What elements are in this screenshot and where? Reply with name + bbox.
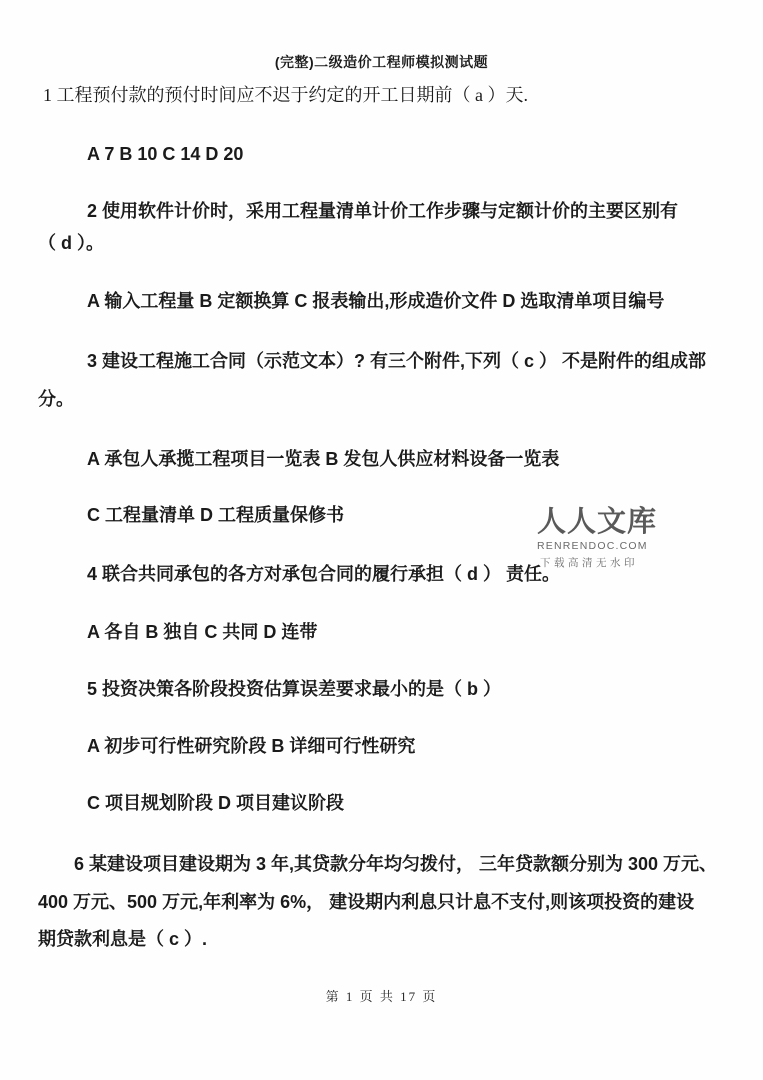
question-5-options-cd: C 项目规划阶段 D 项目建议阶段 xyxy=(87,793,344,814)
question-3-options-ab: A 承包人承揽工程项目一览表 B 发包人供应材料设备一览表 xyxy=(87,449,559,470)
question-2-stem-line-2: （ d ）。 xyxy=(38,233,104,254)
question-5-stem: 5 投资决策各阶段投资估算误差要求最小的是（ b ） xyxy=(87,679,501,700)
question-2-options: A 输入工程量 B 定额换算 C 报表输出,形成造价文件 D 选取清单项目编号 xyxy=(87,291,664,312)
watermark: 人人文库 RENRENDOC.COM 下载高清无水印 xyxy=(537,508,641,570)
question-6-stem-line-1: 6 某建设项目建设期为 3 年,其贷款分年均匀拨付， 三年贷款额分别为 300 … xyxy=(74,854,717,875)
question-3-stem-line-2: 分。 xyxy=(38,389,74,410)
question-1-options: A 7 B 10 C 14 D 20 xyxy=(87,144,243,165)
question-3-options-cd: C 工程量清单 D 工程质量保修书 xyxy=(87,505,344,526)
document-title: (完整)二级造价工程师模拟测试题 xyxy=(0,52,763,72)
question-5-options-ab: A 初步可行性研究阶段 B 详细可行性研究 xyxy=(87,736,415,757)
page-number: 第 1 页 共 17 页 xyxy=(0,986,763,1005)
watermark-domain-text: RENRENDOC.COM xyxy=(537,540,641,552)
watermark-brand-text: 人人文库 xyxy=(537,508,641,537)
question-4-options: A 各自 B 独自 C 共同 D 连带 xyxy=(87,622,317,643)
question-1-stem: 1 工程预付款的预付时间应不迟于约定的开工日期前（ a ）天. xyxy=(43,85,528,106)
question-6-stem-line-2: 400 万元、500 万元,年利率为 6%， 建设期内利息只计息不支付,则该项投… xyxy=(38,892,694,913)
question-6-stem-line-3: 期贷款利息是（ c ）. xyxy=(38,929,207,950)
question-4-stem: 4 联合共同承包的各方对承包合同的履行承担（ d ） 责任。 xyxy=(87,564,560,585)
question-3-stem-line-1: 3 建设工程施工合同（示范文本）? 有三个附件,下列（ c ） 不是附件的组成部 xyxy=(87,351,706,372)
document-page: (完整)二级造价工程师模拟测试题 1 工程预付款的预付时间应不迟于约定的开工日期… xyxy=(0,0,763,1080)
question-2-stem-line-1: 2 使用软件计价时，采用工程量清单计价工作步骤与定额计价的主要区别有 xyxy=(87,201,678,222)
